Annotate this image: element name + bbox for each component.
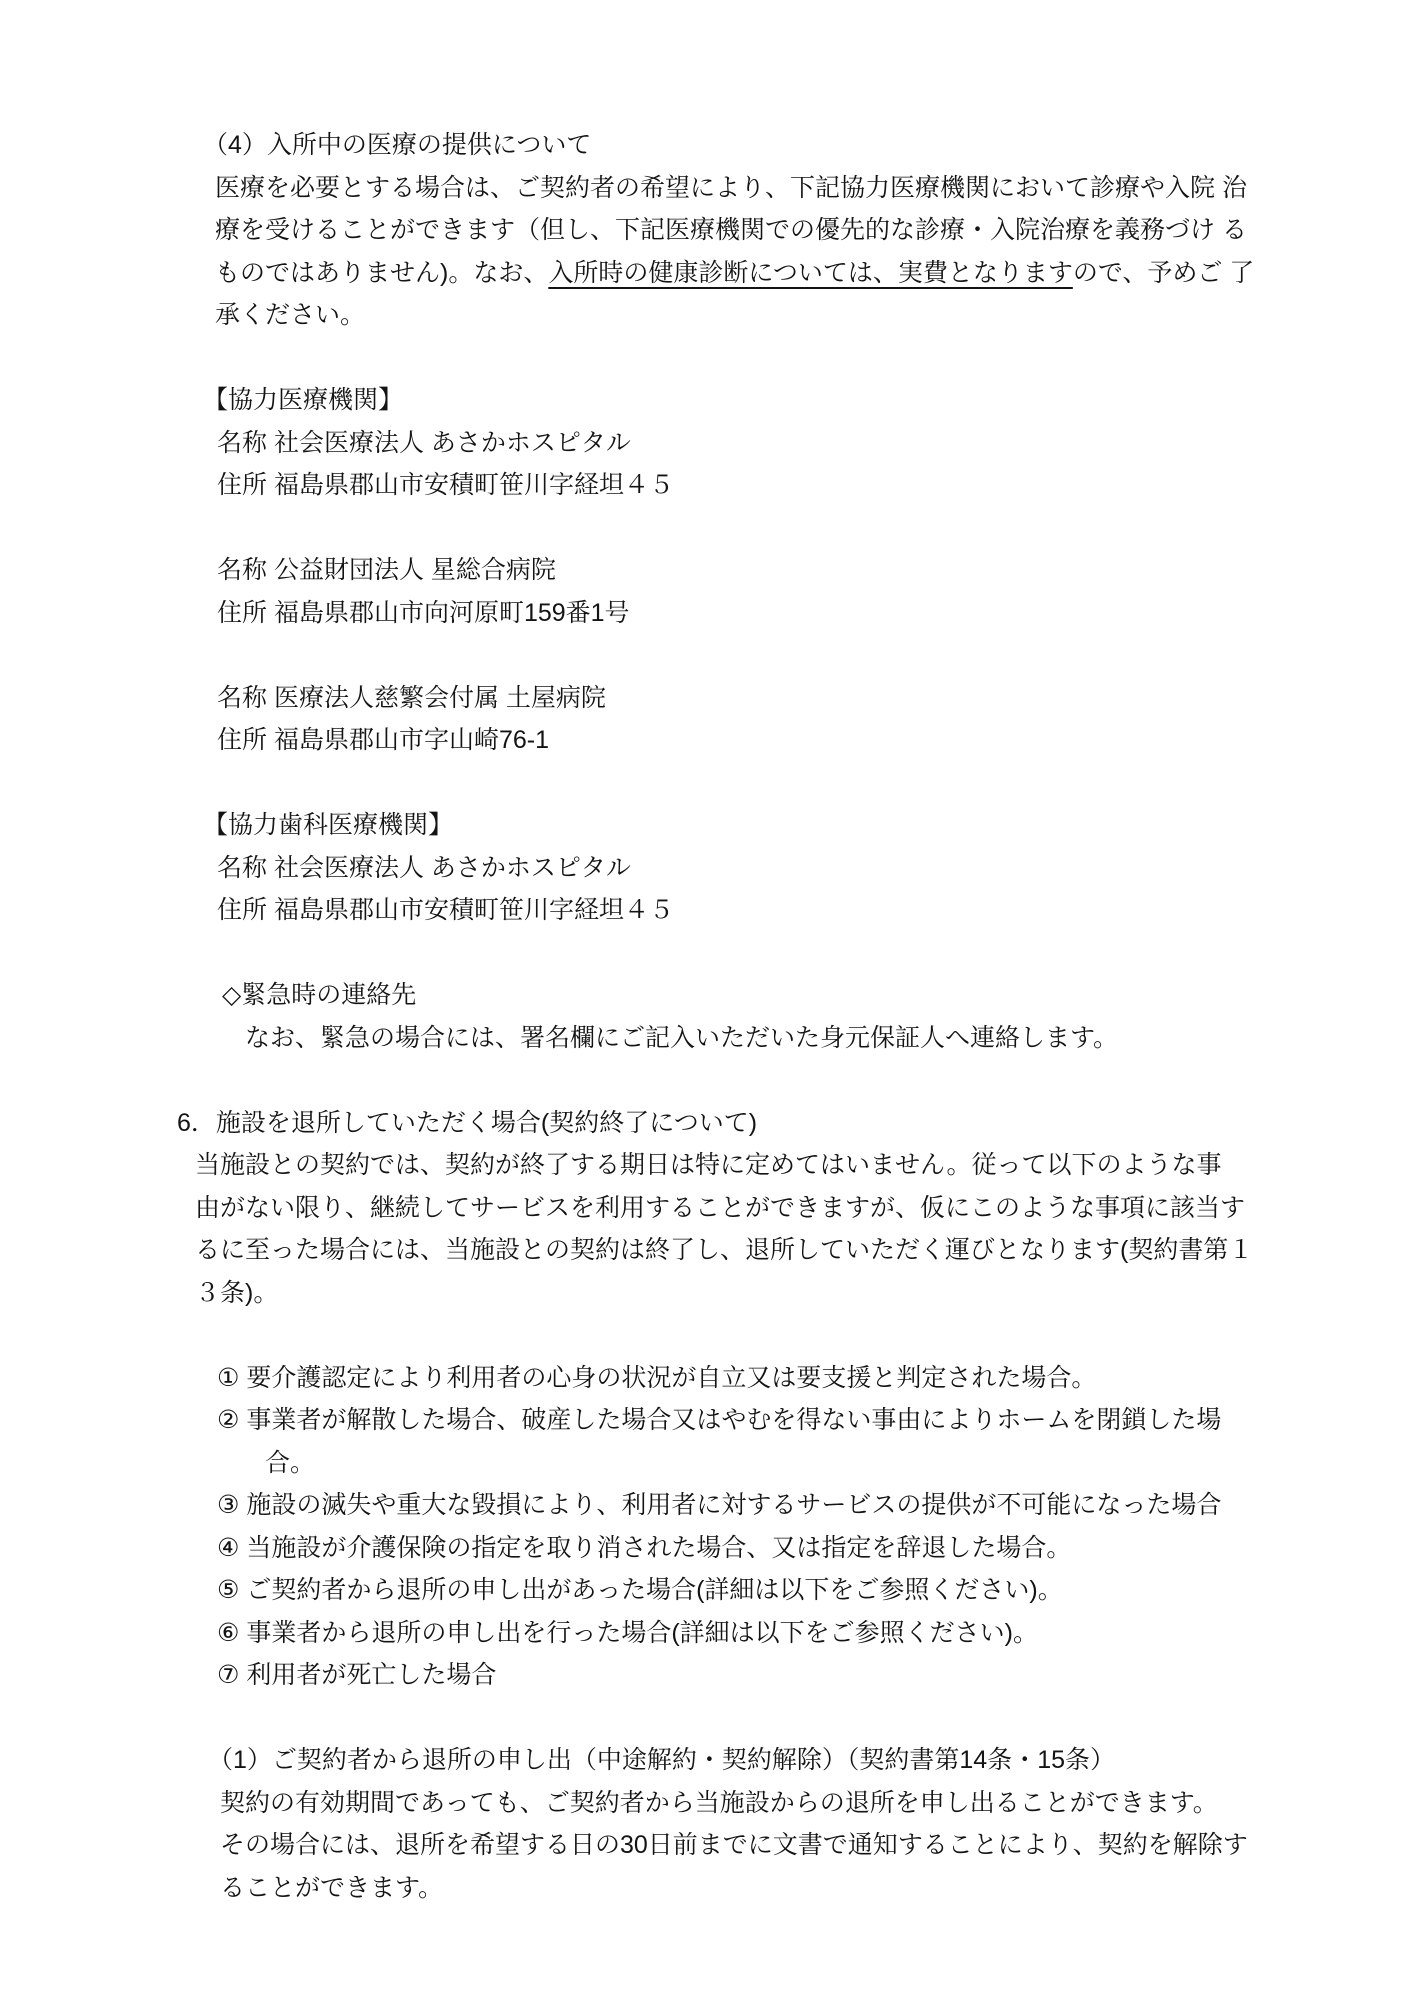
section-6-para-line-2: 由がない限り、継続してサービスを利用することができますが、仮にこのような事項に該… <box>195 1187 1414 1230</box>
org-address: 住所 福島県郡山市字山崎76-1 <box>217 719 1414 762</box>
list-item-5: ⑤ ご契約者から退所の申し出があった場合(詳細は以下をご参照ください)。 <box>217 1569 1414 1612</box>
spacer <box>0 634 1414 677</box>
org-address: 住所 福島県郡山市安積町笹川字経坦４５ <box>217 889 1414 932</box>
list-item-7: ⑦ 利用者が死亡した場合 <box>217 1654 1414 1697</box>
spacer <box>0 762 1414 805</box>
list-item-1: ① 要介護認定により利用者の心身の状況が自立又は要支援と判定された場合。 <box>217 1357 1414 1400</box>
spacer <box>0 1059 1414 1102</box>
emergency-contact-body: なお、緊急の場合には、署名欄にご記入いただいた身元保証人へ連絡します。 <box>245 1017 1414 1060</box>
medical-institutions-heading: 【協力医療機関】 <box>203 379 1414 422</box>
dental-institutions-heading: 【協力歯科医療機関】 <box>203 804 1414 847</box>
section-6-para-line-4: ３条)。 <box>195 1272 1414 1315</box>
list-item-2: ② 事業者が解散した場合、破産した場合又はやむを得ない事由によりホームを閉鎖した… <box>217 1399 1414 1442</box>
document-page: （4）入所中の医療の提供について 医療を必要とする場合は、ご契約者の希望により、… <box>0 0 1414 2000</box>
section-6-para-line-1: 当施設との契約では、契約が終了する期日は特に定めてはいません。従って以下のような… <box>195 1144 1414 1187</box>
document-content: （4）入所中の医療の提供について 医療を必要とする場合は、ご契約者の希望により、… <box>0 0 1414 1909</box>
subsection-1-heading: （1）ご契約者から退所の申し出（中途解約・契約解除）（契約書第14条・15条） <box>208 1739 1414 1782</box>
section-4-body-line-3: ものではありません)。なお、入所時の健康診断については、実費となりますので、予め… <box>215 252 1414 295</box>
org-name: 名称 社会医療法人 あさかホスピタル <box>217 422 1414 465</box>
spacer <box>0 1314 1414 1357</box>
subsection-1-para-line-1: 契約の有効期間であっても、ご契約者から当施設からの退所を申し出ることができます。 <box>220 1782 1414 1825</box>
org-name: 名称 社会医療法人 あさかホスピタル <box>217 847 1414 890</box>
org-address: 住所 福島県郡山市向河原町159番1号 <box>217 592 1414 635</box>
spacer <box>0 1697 1414 1740</box>
section-6-para-line-3: るに至った場合には、当施設との契約は終了し、退所していただく運びとなります(契約… <box>195 1229 1414 1272</box>
section-4-body-line-1: 医療を必要とする場合は、ご契約者の希望により、下記協力医療機関において診療や入院… <box>215 167 1414 210</box>
org-name: 名称 医療法人慈繁会付属 土屋病院 <box>217 677 1414 720</box>
section-4-body-line-2: 療を受けることができます（但し、下記医療機関での優先的な診療・入院治療を義務づけ… <box>215 209 1414 252</box>
section-4-heading: （4）入所中の医療の提供について <box>203 124 1414 167</box>
body-text: ので、予めご 了 <box>1073 259 1254 287</box>
underlined-text: 入所時の健康診断については、実費となります <box>548 259 1073 287</box>
body-text: ものではありません)。なお、 <box>215 259 548 287</box>
spacer <box>0 932 1414 975</box>
subsection-1-para-line-3: ることができます。 <box>220 1867 1414 1910</box>
list-item-6: ⑥ 事業者から退所の申し出を行った場合(詳細は以下をご参照ください)。 <box>217 1612 1414 1655</box>
spacer <box>0 337 1414 380</box>
org-name: 名称 公益財団法人 星総合病院 <box>217 549 1414 592</box>
section-6-heading: 6．施設を退所していただく場合(契約終了について) <box>177 1102 1414 1145</box>
list-item-4: ④ 当施設が介護保険の指定を取り消された場合、又は指定を辞退した場合。 <box>217 1527 1414 1570</box>
list-item-2-continuation: 合。 <box>265 1442 1414 1485</box>
subsection-1-para-line-2: その場合には、退所を希望する日の30日前までに文書で通知することにより、契約を解… <box>220 1824 1414 1867</box>
list-item-3: ③ 施設の滅失や重大な毀損により、利用者に対するサービスの提供が不可能になった場… <box>217 1484 1414 1527</box>
spacer <box>0 507 1414 550</box>
section-4-body-line-4: 承ください。 <box>215 294 1414 337</box>
org-address: 住所 福島県郡山市安積町笹川字経坦４５ <box>217 464 1414 507</box>
emergency-contact-heading: ◇緊急時の連絡先 <box>222 974 1414 1017</box>
